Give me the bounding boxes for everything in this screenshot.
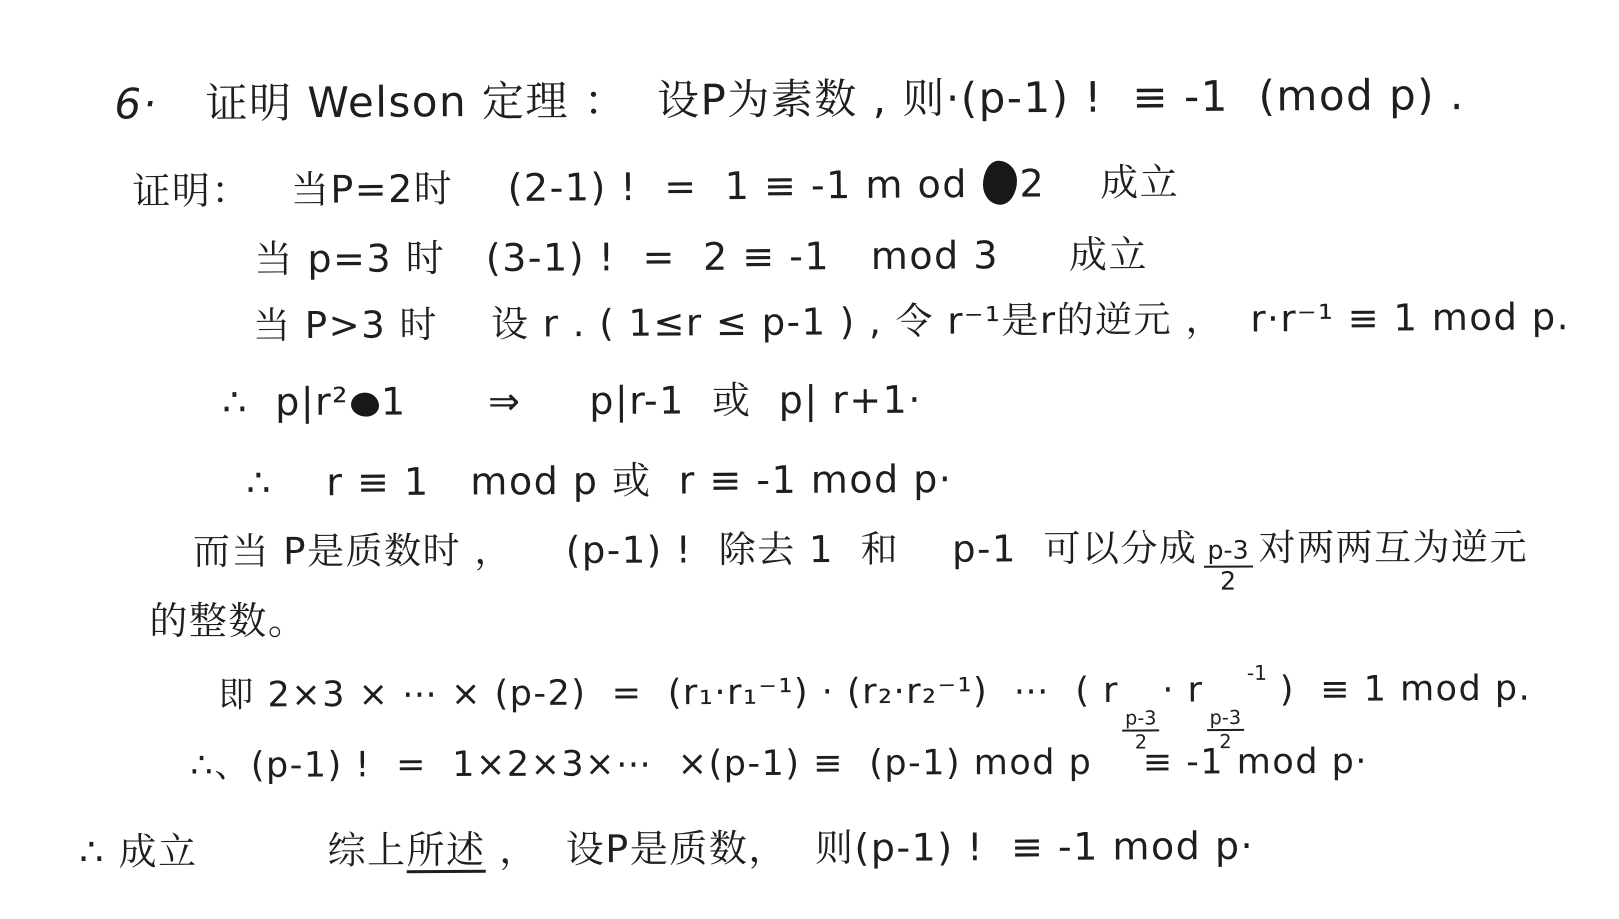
final-statement-text: ， 设P是质数， 则(p-1) ! ≡ -1 mod p· bbox=[486, 823, 1255, 871]
in-summary-underlined-text: 所述 bbox=[406, 827, 485, 871]
inverse-exponent: -1 bbox=[1247, 661, 1267, 685]
pairing-post-text: 对两两互为逆元 bbox=[1259, 525, 1529, 569]
fraction-denominator: 2 bbox=[1220, 567, 1236, 594]
pairs-count-fraction: p-32 bbox=[1203, 538, 1252, 595]
in-summary-text: 综上 bbox=[327, 828, 406, 872]
factorial-congruence-text: ∴、(p-1) ! = 1×2×3×⋯ ×(p-1) ≡ (p-1) mod p… bbox=[190, 742, 1368, 786]
handwritten-proof-page: 6·证明 Welson 定理 ： 设P为素数 , 则·(p-1) ! ≡ -1 … bbox=[0, 0, 1619, 919]
problem-number: 6· bbox=[114, 80, 157, 129]
pairing-argument-line: 而当 P是质数时 ， (p-1) ! 除去 1 和 p-1 可以分成p-32对两… bbox=[140, 484, 1529, 642]
fraction-numerator: p-3 bbox=[1203, 538, 1252, 568]
conclusion-line: ∴ 成立综上所述 ， 设P是质数， 则(p-1) ! ≡ -1 mod p· bbox=[25, 781, 1255, 918]
pairing-pre-text: 而当 P是质数时 ， (p-1) ! 除去 1 和 p-1 可以分成 bbox=[193, 526, 1198, 573]
scribbled-out-minus bbox=[351, 392, 379, 416]
holds-text: ∴ 成立 bbox=[79, 829, 197, 874]
